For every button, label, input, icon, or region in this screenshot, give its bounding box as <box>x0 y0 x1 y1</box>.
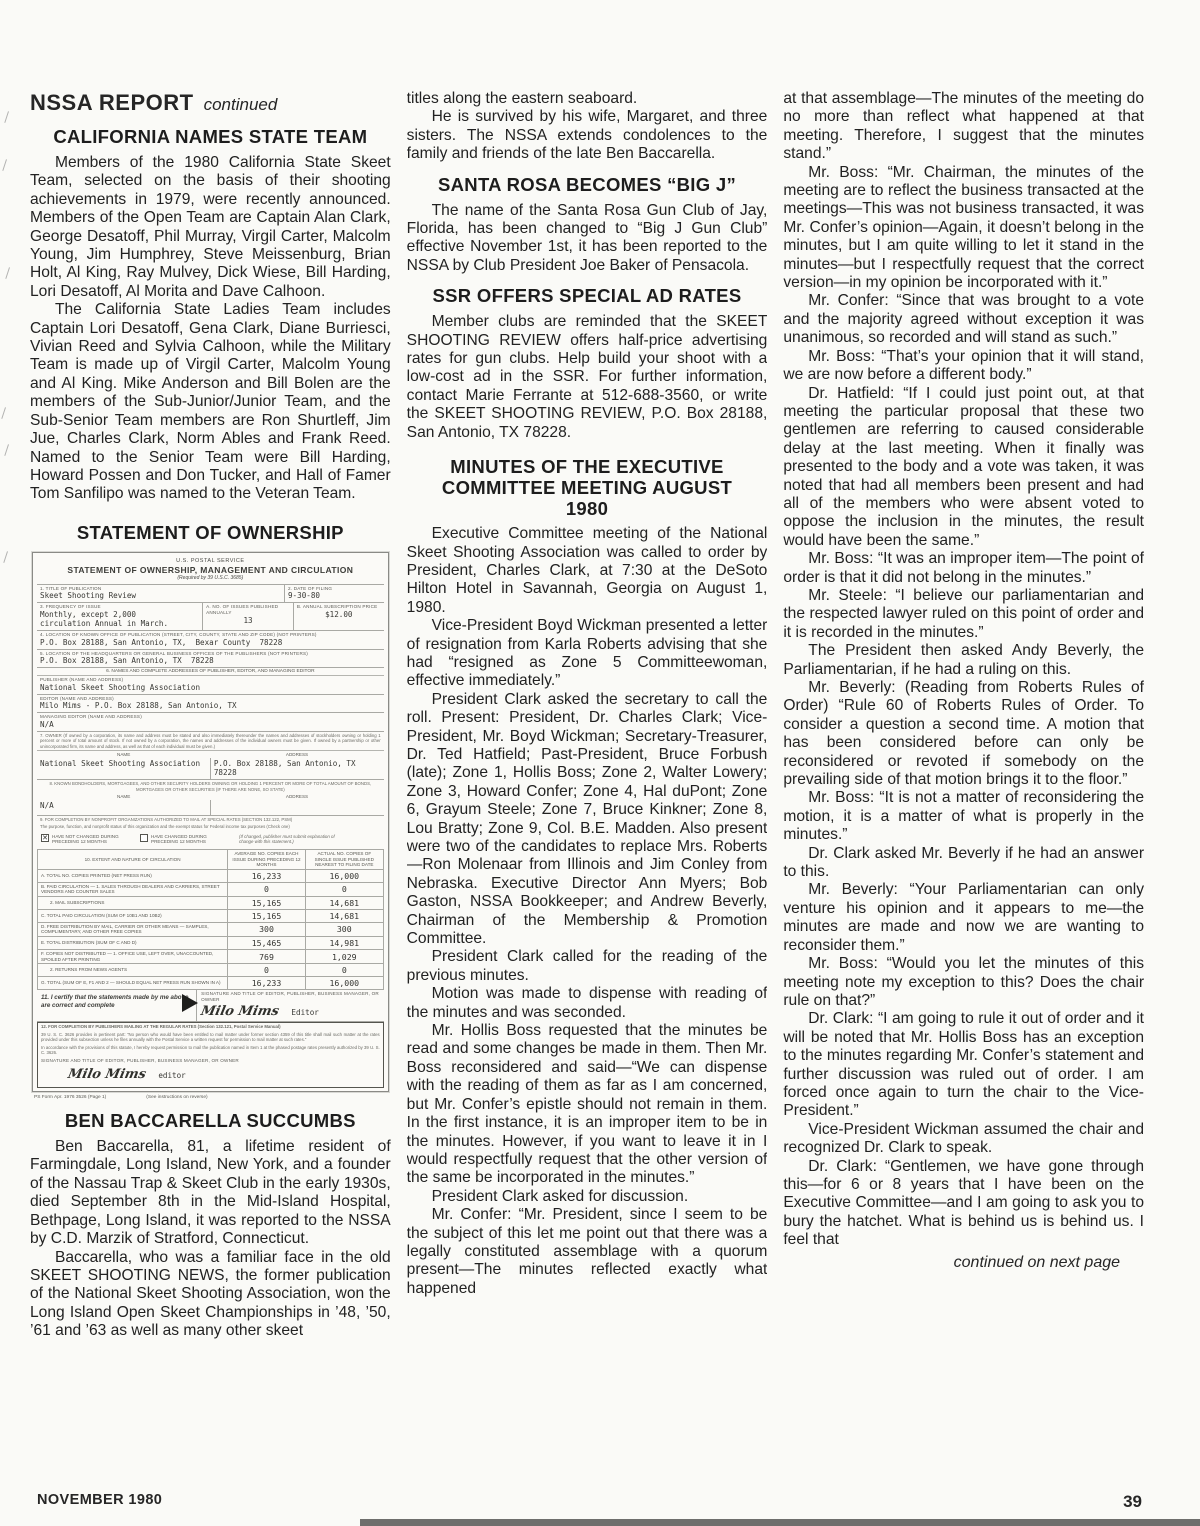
article-paragraph: Motion was made to dispense with reading… <box>407 985 768 1022</box>
article-paragraph: Vice-President Boyd Wickman presented a … <box>407 617 768 691</box>
form-owner-name: National Skeet Shooting Association <box>37 758 211 779</box>
article-paragraph: Mr. Hollis Boss requested that the minut… <box>407 1022 768 1188</box>
checkbox-changed: HAVE CHANGED DURING PRECEDING 12 MONTHS <box>140 834 229 845</box>
article-paragraph: Mr. Beverly: “Your Parliamentarian can o… <box>783 881 1144 955</box>
signature2-header: SIGNATURE AND TITLE OF EDITOR, PUBLISHER… <box>38 1056 383 1064</box>
checkbox-note: (If changed, publisher must submit expla… <box>239 834 349 845</box>
form-instructions-note: (See instructions on reverse) <box>146 1095 207 1100</box>
form-field-headquarters: 5. Location of the Headquarters or Gener… <box>37 650 384 668</box>
article-paragraph: The President then asked Andy Beverly, t… <box>783 642 1144 679</box>
margin-mark <box>4 111 14 125</box>
form-field-date-of-filing: 2. Date of Filing 9-30-80 <box>285 585 384 603</box>
signature-cell: Signature and Title of Editor, Publisher… <box>196 990 384 1021</box>
article-paragraph: titles along the eastern seaboard. <box>407 90 768 108</box>
margin-mark <box>5 267 15 281</box>
section12-legal-1: 39 U. S. C. 3626 provides in pertinent p… <box>38 1031 383 1044</box>
heading-minutes: MINUTES OF THE EXECUTIVE COMMITTEE MEETI… <box>422 456 752 519</box>
article-paragraph: President Clark asked for discussion. <box>407 1188 768 1206</box>
form-field-publisher: Publisher (Name and Address) National Sk… <box>37 676 384 694</box>
heading-california-team: CALIFORNIA NAMES STATE TEAM <box>30 126 391 148</box>
section12-legal-2: In accordance with the provisions of thi… <box>38 1044 383 1057</box>
article-paragraph: Dr. Hatfield: “If I could just point out… <box>783 385 1144 551</box>
form-bondholders-columns: NAME ADDRESS <box>37 793 384 800</box>
kicker-continued-note: continued <box>204 95 278 115</box>
article-paragraph: Mr. Boss: “That’s your opinion that it w… <box>783 348 1144 385</box>
form-bondholder-name: N/A <box>37 800 211 815</box>
three-column-layout: NSSA REPORT continued CALIFORNIA NAMES S… <box>30 90 1144 1480</box>
signature2-milo-mims: Milo Mims <box>66 1067 147 1082</box>
signature-title: Editor <box>291 1008 318 1017</box>
certify-statement: 11. I certify that the statements made b… <box>37 990 196 1021</box>
table-row: B. Paid Circulation — 1. Sales Through D… <box>38 882 384 896</box>
form-bondholder-address <box>211 800 384 815</box>
form-header: U.S. POSTAL SERVICE STATEMENT OF OWNERSH… <box>37 556 384 585</box>
form-field-office-of-publication: 4. Location of Known Office of Publicati… <box>37 631 384 649</box>
column-right: at that assemblage—The minutes of the me… <box>783 90 1144 1480</box>
form-owner-address: P.O. Box 28188, San Antonio, TX 78228 <box>211 758 384 779</box>
form-nonprofit-line: The purpose, function, and nonprofit sta… <box>37 823 384 830</box>
article-paragraph: Mr. Steele: “I believe our parliamentari… <box>783 587 1144 642</box>
article-paragraph: The California State Ladies Team include… <box>30 301 391 503</box>
margin-mark <box>1 407 11 421</box>
signature2-title: editor <box>158 1071 185 1080</box>
kicker-title: NSSA REPORT <box>30 90 194 116</box>
table-row: A. Total No. Copies Printed (Net Press R… <box>38 869 384 882</box>
section12-header: 12. FOR COMPLETION BY PUBLISHERS MAILING… <box>38 1023 383 1030</box>
form-nonprofit-checkboxes: ✕ HAVE NOT CHANGED DURING PRECEDING 12 M… <box>37 831 384 849</box>
article-paragraph: at that assemblage—The minutes of the me… <box>783 90 1144 164</box>
checkbox-not-changed: ✕ HAVE NOT CHANGED DURING PRECEDING 12 M… <box>41 834 130 845</box>
form-nonprofit-header: 9. For Completion by Nonprofit Organizat… <box>37 816 384 823</box>
form-required-note: (Required by 39 U.S.C. 3685) <box>37 575 384 581</box>
signature-milo-mims: Milo Mims <box>199 1004 280 1019</box>
article-paragraph: Vice-President Wickman assumed the chair… <box>783 1121 1144 1158</box>
checkbox-checked-icon: ✕ <box>41 834 49 842</box>
table-row: C. Total Paid Circulation (Sum of 10B1 a… <box>38 909 384 922</box>
form-field-managing-editor: Managing Editor (Name and Address) N/A <box>37 713 384 731</box>
form-field-subscription-price: B. Annual Subscription Price $12.00 <box>294 603 384 630</box>
margin-mark <box>3 551 13 565</box>
article-paragraph: Mr. Boss: “Would you let the minutes of … <box>783 955 1144 1010</box>
article-paragraph: Mr. Beverly: (Reading from Roberts Rules… <box>783 679 1144 789</box>
article-paragraph: Members of the 1980 California State Ske… <box>30 154 391 301</box>
form-section6-header: 6. Names and Complete Addresses of Publi… <box>37 668 384 676</box>
column-middle: titles along the eastern seaboard. He is… <box>407 90 768 1480</box>
article-paragraph: Mr. Boss: “It is not a matter of reconsi… <box>783 789 1144 844</box>
table-row: F. Copies Not Distributed — 1. Office Us… <box>38 950 384 964</box>
form-owner-legal-text: 7. OWNER (If owned by a corporation, its… <box>37 732 384 751</box>
heading-santa-rosa: SANTA ROSA BECOMES “BIG J” <box>407 174 768 196</box>
article-paragraph: Executive Committee meeting of the Natio… <box>407 525 768 617</box>
issue-date-footer: NOVEMBER 1980 <box>37 1492 162 1508</box>
article-paragraph: The name of the Santa Rosa Gun Club of J… <box>407 202 768 276</box>
article-paragraph: Mr. Boss: “It was an improper item—The p… <box>783 550 1144 587</box>
section-kicker: NSSA REPORT continued <box>30 90 391 116</box>
form-owner-columns: NAME ADDRESS <box>37 751 384 758</box>
form-title: STATEMENT OF OWNERSHIP, MANAGEMENT AND C… <box>37 565 384 575</box>
form-section12: 12. FOR COMPLETION BY PUBLISHERS MAILING… <box>37 1022 384 1088</box>
form-number: PS Form Apr. 1976 3526 (Page 1) <box>34 1095 106 1100</box>
table-row: G. Total (Sum of E, F1 and 2 — should eq… <box>38 977 384 990</box>
circulation-table: 10. Extent and Nature of Circulation Ave… <box>37 849 384 990</box>
scan-edge-artifact <box>360 1519 1200 1526</box>
margin-mark <box>4 444 14 458</box>
circ-col-average: Average No. Copies Each Issue During Pre… <box>228 849 306 869</box>
article-paragraph: President Clark called for the reading o… <box>407 948 768 985</box>
circ-col-extent: 10. Extent and Nature of Circulation <box>38 849 228 869</box>
ownership-form-scan: U.S. POSTAL SERVICE STATEMENT OF OWNERSH… <box>32 552 389 1100</box>
table-row: D. Free Distribution by Mail, Carrier or… <box>38 922 384 936</box>
article-paragraph: Mr. Boss: “Mr. Chairman, the minutes of … <box>783 164 1144 293</box>
signature-arrow-icon <box>182 994 198 1012</box>
article-paragraph: Baccarella, who was a familiar face in t… <box>30 1249 391 1341</box>
form-agency: U.S. POSTAL SERVICE <box>37 558 384 564</box>
form-field-title-of-publication: 1. Title of Publication Skeet Shooting R… <box>37 585 285 603</box>
checkbox-empty-icon <box>140 834 148 842</box>
form-certification-row: 11. I certify that the statements made b… <box>37 990 384 1022</box>
heading-statement-of-ownership: STATEMENT OF OWNERSHIP <box>30 522 391 544</box>
page-number: 39 <box>1123 1492 1142 1512</box>
circ-col-actual: Actual No. Copies of Single Issue Publis… <box>305 849 383 869</box>
form-footer: PS Form Apr. 1976 3526 (Page 1) (See ins… <box>32 1092 389 1100</box>
table-row: 2. Returns From News Agents 0 0 <box>38 964 384 977</box>
magazine-page: NSSA REPORT continued CALIFORNIA NAMES S… <box>0 0 1200 1526</box>
continued-on-next-page-note: continued on next page <box>783 1254 1144 1272</box>
column-left: NSSA REPORT continued CALIFORNIA NAMES S… <box>30 90 391 1480</box>
article-paragraph: Ben Baccarella, 81, a lifetime resident … <box>30 1138 391 1248</box>
form-field-frequency: 3. Frequency of Issue Monthly, except 2,… <box>37 603 203 630</box>
margin-mark <box>2 159 12 173</box>
article-paragraph: Mr. Confer: “Mr. President, since I seem… <box>407 1206 768 1298</box>
table-row: 2. Mail Subscriptions 15,165 14,681 <box>38 896 384 909</box>
article-paragraph: Member clubs are reminded that the SKEET… <box>407 313 768 442</box>
article-paragraph: Dr. Clark: “I am going to rule it out of… <box>783 1010 1144 1120</box>
form-bondholders-header: 8. Known Bondholders, Mortgagees, and Ot… <box>37 780 384 793</box>
article-paragraph: President Clark asked the secretary to c… <box>407 691 768 949</box>
article-paragraph: Dr. Clark asked Mr. Beverly if he had an… <box>783 845 1144 882</box>
article-paragraph: Dr. Clark: “Gentlemen, we have gone thro… <box>783 1158 1144 1250</box>
article-paragraph: He is survived by his wife, Margaret, an… <box>407 108 768 163</box>
article-paragraph: Mr. Confer: “Since that was brought to a… <box>783 292 1144 347</box>
form-field-editor: Editor (Name and Address) Milo Mims - P.… <box>37 695 384 713</box>
heading-ssr-ad-rates: SSR OFFERS SPECIAL AD RATES <box>407 285 768 307</box>
form-field-issues-annually: A. No. of Issues Published Annually 13 <box>203 603 294 630</box>
table-row: E. Total Distribution (Sum of C and D) 1… <box>38 937 384 950</box>
heading-ben-baccarella: BEN BACCARELLA SUCCUMBS <box>30 1110 391 1132</box>
